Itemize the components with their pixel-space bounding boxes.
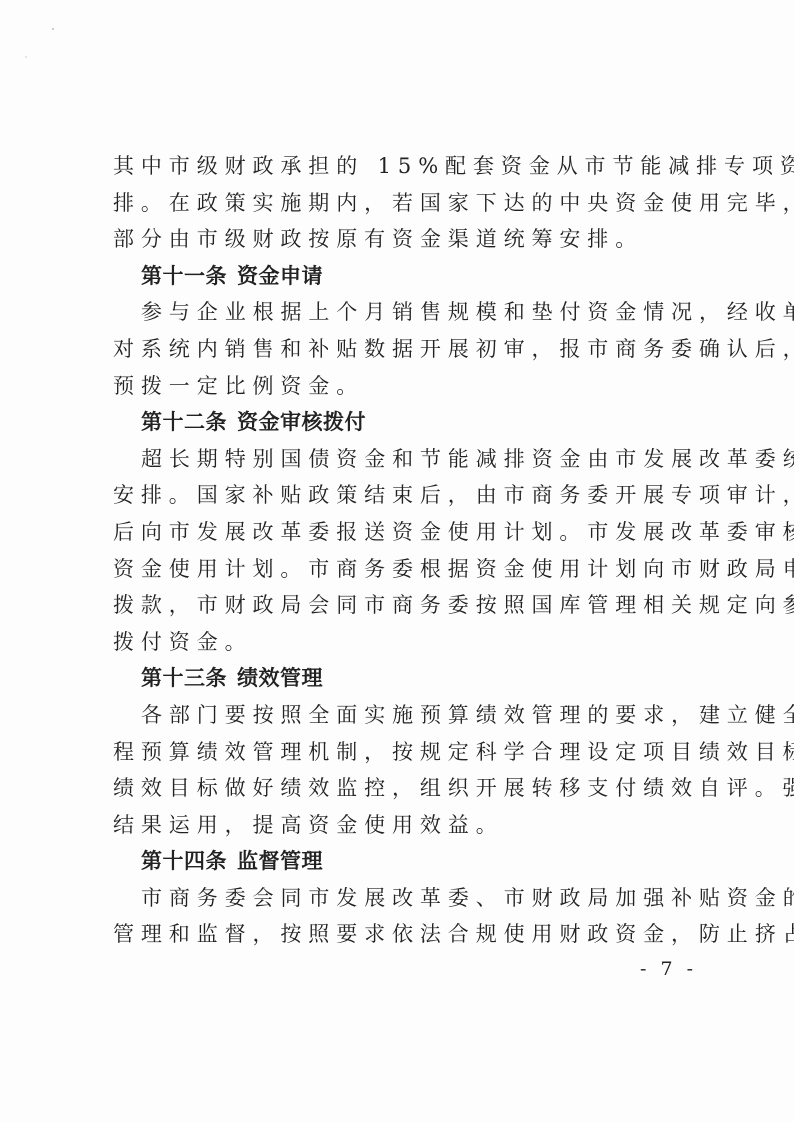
article-number: 第十三条: [141, 666, 227, 690]
paragraph-line: 后向市发展改革委报送资金使用计划。市发展改革委审核后下达: [113, 514, 705, 551]
paragraph-line: 参与企业根据上个月销售规模和垫付资金情况，经收单机构: [113, 294, 705, 331]
document-page: 其中市级财政承担的 15%配套资金从市节能减排专项资金中安 排。在政策实施期内，…: [0, 0, 794, 1122]
paragraph-line: 绩效目标做好绩效监控，组织开展转移支付绩效自评。强化绩效: [113, 770, 705, 807]
article-heading: 第十三条绩效管理: [113, 660, 705, 697]
paragraph-line: 结果运用，提高资金使用效益。: [113, 807, 705, 844]
article-number: 第十四条: [141, 849, 227, 873]
body-text: 其中市级财政承担的 15%配套资金从市节能减排专项资金中安 排。在政策实施期内，…: [113, 148, 705, 953]
paragraph-line: 拨付资金。: [113, 624, 705, 661]
paragraph-line: 市商务委会同市发展改革委、市财政局加强补贴资金的使用: [113, 880, 705, 917]
paragraph-line: 资金使用计划。市商务委根据资金使用计划向市财政局申请资金: [113, 551, 705, 588]
article-title: 资金审核拨付: [237, 410, 366, 434]
paragraph-line: 各部门要按照全面实施预算绩效管理的要求，建立健全全过: [113, 697, 705, 734]
page-number: - 7 -: [640, 958, 697, 980]
paragraph-line: 拨款，市财政局会同市商务委按照国库管理相关规定向参与企业: [113, 587, 705, 624]
paragraph-line: 对系统内销售和补贴数据开展初审，报市商务委确认后，可申请: [113, 331, 705, 368]
article-number: 第十一条: [141, 264, 227, 288]
paragraph-line: 部分由市级财政按原有资金渠道统筹安排。: [113, 221, 705, 258]
article-heading: 第十四条监督管理: [113, 843, 705, 880]
article-title: 监督管理: [237, 849, 323, 873]
article-heading: 第十一条资金申请: [113, 258, 705, 295]
scan-speck: [25, 56, 27, 58]
article-number: 第十二条: [141, 410, 227, 434]
article-title: 绩效管理: [237, 666, 323, 690]
paragraph-line: 管理和监督，按照要求依法合规使用财政资金，防止挤占、挪用、: [113, 916, 705, 953]
paragraph-line: 预拨一定比例资金。: [113, 368, 705, 405]
article-title: 资金申请: [237, 264, 323, 288]
paragraph-line: 排。在政策实施期内，若国家下达的中央资金使用完毕，则超出: [113, 185, 705, 222]
article-heading: 第十二条资金审核拨付: [113, 404, 705, 441]
paragraph-line: 安排。国家补贴政策结束后，由市商务委开展专项审计，经审核: [113, 477, 705, 514]
scan-speck: [52, 28, 54, 30]
paragraph-line: 超长期特别国债资金和节能减排资金由市发展改革委统筹: [113, 441, 705, 478]
paragraph-line: 其中市级财政承担的 15%配套资金从市节能减排专项资金中安: [113, 148, 705, 185]
paragraph-line: 程预算绩效管理机制，按规定科学合理设定项目绩效目标，对照: [113, 734, 705, 771]
